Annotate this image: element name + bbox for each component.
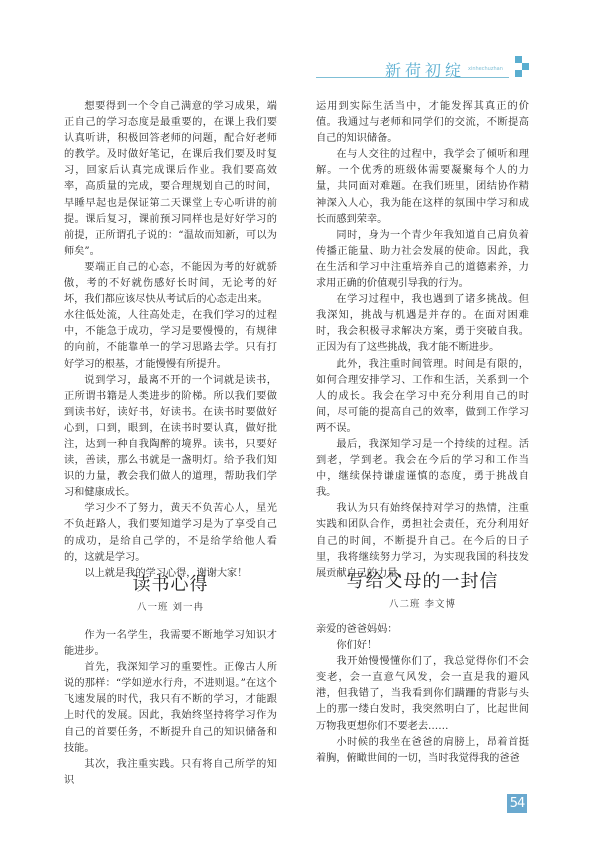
paragraph: 水往低处流，人往高处走，在我们学习的过程中，不能急于成功，学习是要慢慢的，有规律… xyxy=(64,308,277,372)
paragraph: 想要得到一个令自己满意的学习成果，端正自己的学习态度是最重要的，在课上我们要认真… xyxy=(64,99,277,260)
paragraph: 同时，身为一个青少年我知道自己肩负着传播正能量、助力社会发展的使命。因此，我在生… xyxy=(316,228,529,292)
paragraph: 在学习过程中，我也遇到了诸多挑战。但我深知，挑战与机遇是并存的。在面对困难时，我… xyxy=(316,292,529,356)
paragraph: 此外，我注重时间管理。时间是有限的，如何合理安排学习、工作和生活，关系到一个人的… xyxy=(316,357,529,437)
article1-body: 作为一名学生，我需要不断地学习知识才能进步。 首先，我深知学习的重要性。正像古人… xyxy=(64,628,277,789)
letter-salutation: 亲爱的爸爸妈妈： xyxy=(316,622,529,638)
section-title: 新荷初绽 xyxy=(385,58,465,81)
paragraph: 首先，我深知学习的重要性。正像古人所说的那样：“学如逆水行舟，不进则退。”在这个… xyxy=(64,660,277,757)
paragraph: 学习少不了努力，黄天不负苦心人，星光不负赶路人，我们要知道学习是为了享受自己的成… xyxy=(64,501,277,565)
article2-byline: 八二班 李文博 xyxy=(316,596,529,610)
page-number: 54 xyxy=(507,794,527,813)
letter-greeting: 你们好！ xyxy=(316,638,529,654)
paragraph: 作为一名学生，我需要不断地学习知识才能进步。 xyxy=(64,628,277,660)
paragraph: 要端正自己的心态，不能因为考的好就骄傲，考的不好就伤感好长时间，无论考的好坏，我… xyxy=(64,260,277,308)
article1-title: 读书心得 xyxy=(64,570,277,596)
paragraph: 最后，我深知学习是一个持续的过程。活到老，学到老。我会在今后的学习和工作当中，继… xyxy=(316,437,529,501)
article2-body: 亲爱的爸爸妈妈： 你们好！ 我开始慢慢懂你们了，我总觉得你们不会变老，会一直意气… xyxy=(316,622,529,767)
article1-byline: 八一班 刘一冉 xyxy=(64,599,277,613)
continued-article-column: 想要得到一个令自己满意的学习成果，端正自己的学习态度是最重要的，在课上我们要认真… xyxy=(64,99,277,582)
article2-title: 写给父母的一封信 xyxy=(316,567,529,593)
paragraph: 我开始慢慢懂你们了，我总觉得你们不会变老，会一直意气风发，会一直是我的避风港，但… xyxy=(316,654,529,734)
paragraph: 在与人交往的过程中，我学会了倾听和理解。一个优秀的班级体需要凝聚每个人的力量，共… xyxy=(316,147,529,227)
squares-logo-icon xyxy=(512,56,532,80)
section-subtitle: xinhechuzhan xyxy=(468,66,503,72)
paragraph: 说到学习，最离不开的一个词就是读书，正所谓书籍是人类进步的阶梯。所以我们要做到读… xyxy=(64,373,277,502)
paragraph: 小时候的我坐在爸爸的肩膀上，昂着首挺着胸，俯瞰世间的一切，当时我觉得我的爸爸 xyxy=(316,735,529,767)
paragraph: 其次，我注重实践。只有将自己所学的知识 xyxy=(64,757,277,789)
article1-continued-column: 运用到实际生活当中，才能发挥其真正的价值。我通过与老师和同学们的交流，不断提高自… xyxy=(316,99,529,582)
section-header: 新荷初绽 xinhechuzhan xyxy=(316,58,546,88)
paragraph: 运用到实际生活当中，才能发挥其真正的价值。我通过与老师和同学们的交流，不断提高自… xyxy=(316,99,529,147)
